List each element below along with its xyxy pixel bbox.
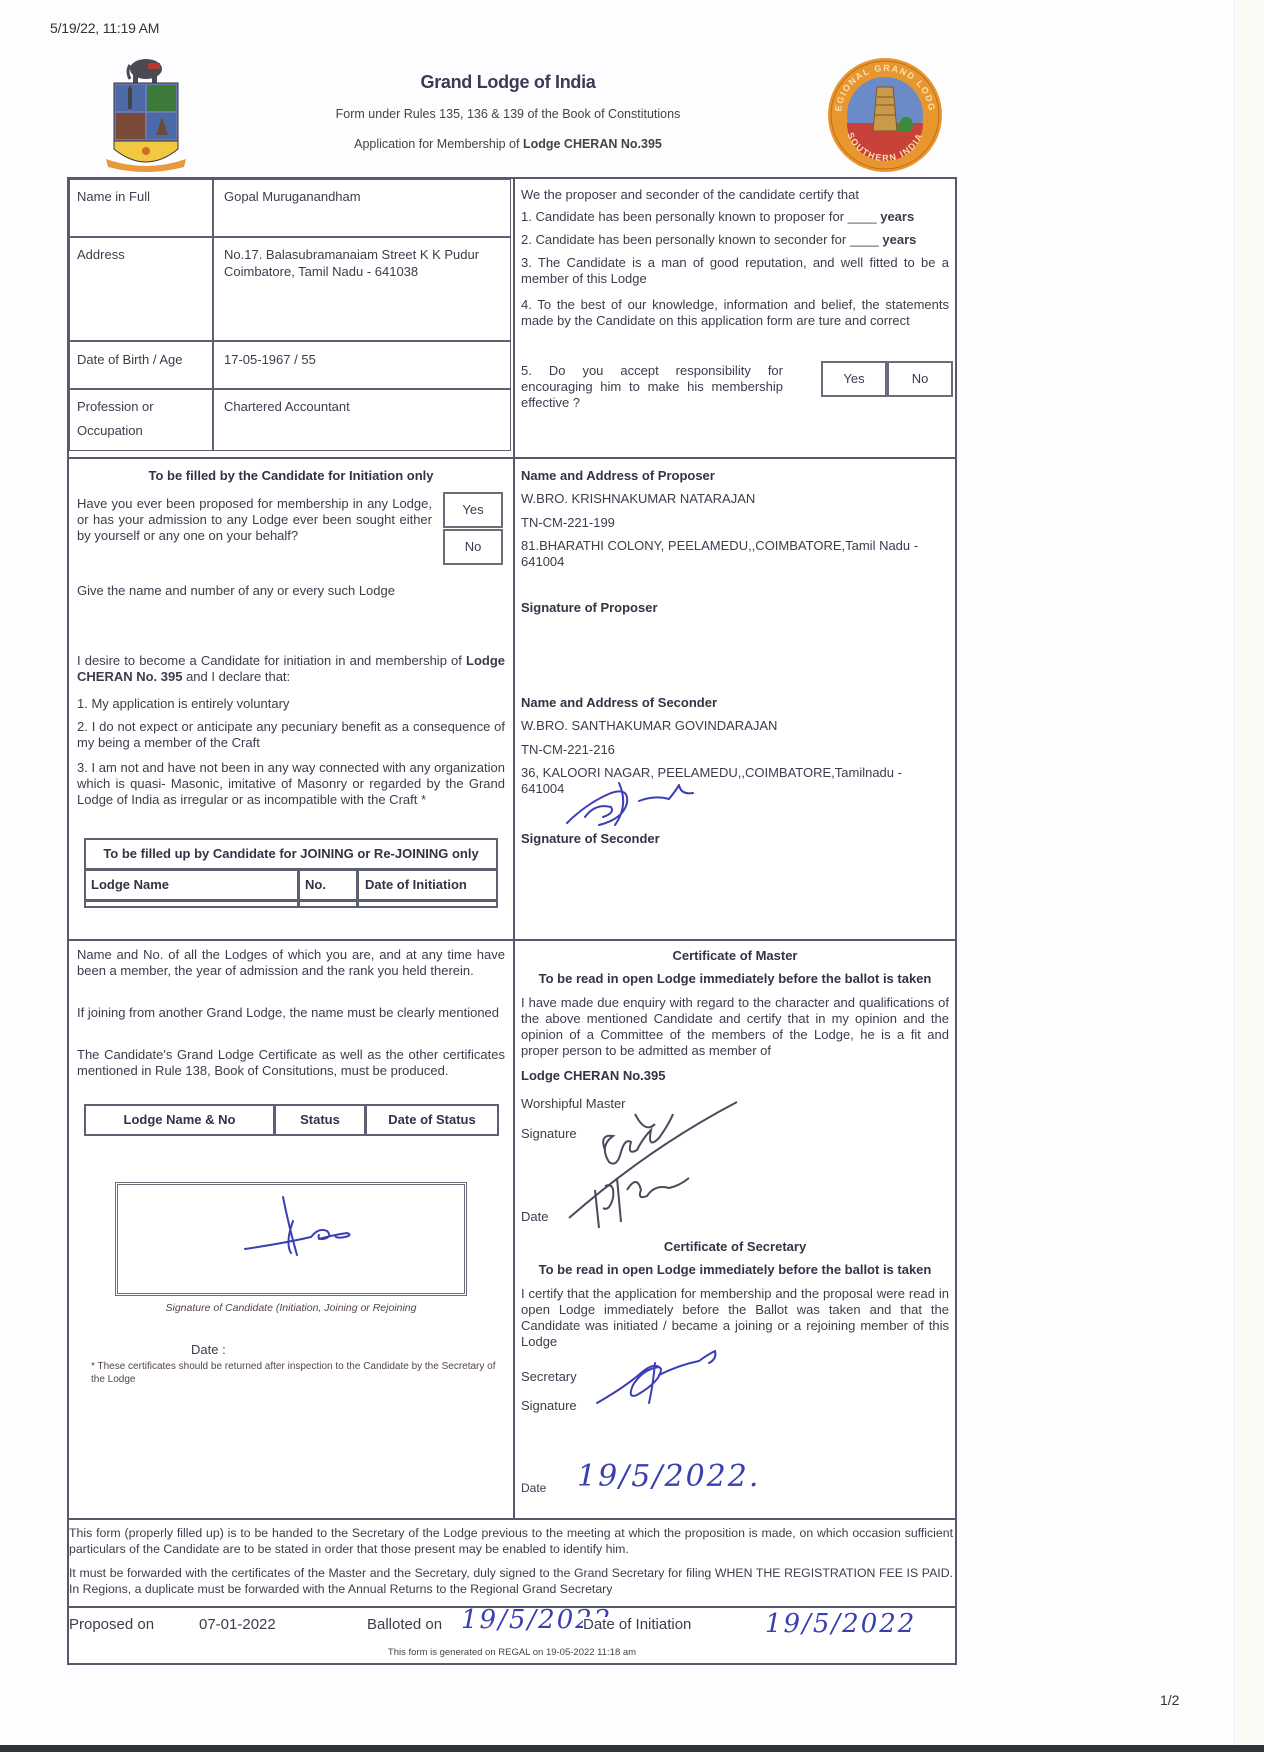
years-label: years	[882, 232, 916, 247]
address-value-line1: No.17. Balasubramanaiam Street K K Pudur	[224, 247, 479, 263]
declaration-intro: I desire to become a Candidate for initi…	[77, 653, 505, 685]
master-certificate-heading: Certificate of Master	[515, 948, 955, 964]
proposer-reg-no: TN-CM-221-199	[521, 515, 615, 531]
scan-bottom-edge	[0, 1745, 1264, 1752]
secretary-certificate-heading: Certificate of Secretary	[515, 1239, 955, 1255]
joining-table-heading: To be filled up by Candidate for JOINING…	[84, 846, 498, 862]
application-form: Name in Full Gopal Muruganandham Address…	[67, 177, 957, 1665]
application-prefix: Application for Membership of	[354, 137, 523, 151]
history-header-lodge: Lodge Name & No	[84, 1112, 275, 1128]
seconder-heading: Name and Address of Seconder	[521, 695, 717, 711]
proposer-years-blank[interactable]: ____	[848, 209, 877, 224]
lodges-history-para-3: The Candidate's Grand Lodge Certificate …	[77, 1047, 505, 1079]
address-label: Address	[77, 247, 125, 263]
print-timestamp: 5/19/22, 11:19 AM	[50, 20, 159, 36]
joining-row-empty[interactable]	[298, 900, 358, 908]
column-divider	[513, 179, 515, 1518]
proposed-on-value: 07-01-2022	[199, 1617, 276, 1633]
profession-value: Chartered Accountant	[224, 399, 350, 415]
responsibility-no-box[interactable]: No	[887, 361, 953, 397]
secretary-label: Secretary	[521, 1369, 577, 1385]
seconder-signature-label: Signature of Seconder	[521, 831, 660, 847]
candidate-date-label: Date :	[191, 1342, 226, 1358]
lodges-history-para-1: Name and No. of all the Lodges of which …	[77, 947, 505, 979]
history-header-date: Date of Status	[365, 1112, 499, 1128]
seconder-reg-no: TN-CM-221-216	[521, 742, 615, 758]
declaration-suffix: and I declare that:	[182, 669, 290, 684]
item2-text: 2. Candidate has been personally known t…	[521, 232, 846, 247]
declaration-2: 2. I do not expect or anticipate any pec…	[77, 719, 505, 751]
candidate-signature-caption: Signature of Candidate (Initiation, Join…	[69, 1302, 513, 1315]
secretary-signature-icon	[591, 1341, 741, 1411]
seconder-years-blank[interactable]: ____	[850, 232, 879, 247]
lodges-history-para-2: If joining from another Grand Lodge, the…	[77, 1005, 505, 1021]
notes-para-1: This form (properly filled up) is to be …	[69, 1525, 953, 1557]
joining-header-lodge-name: Lodge Name	[91, 877, 169, 893]
certification-item-5: 5. Do you accept responsibility for enco…	[521, 363, 783, 411]
master-date-label: Date	[521, 1209, 548, 1225]
initiation-heading: To be filled by the Candidate for Initia…	[69, 468, 513, 484]
date-of-initiation-handwritten: 19/5/2022	[765, 1609, 916, 1639]
initiation-question: Have you ever been proposed for membersh…	[77, 496, 432, 544]
give-lodge-name-prompt: Give the name and number of any or every…	[77, 583, 395, 599]
name-value-cell	[213, 179, 511, 237]
joining-header-date: Date of Initiation	[365, 877, 467, 893]
secretary-date-label: Date	[521, 1480, 546, 1496]
master-certificate-subheading: To be read in open Lodge immediately bef…	[515, 971, 955, 987]
certification-item-2: 2. Candidate has been personally known t…	[521, 232, 951, 248]
secretary-certificate-subheading: To be read in open Lodge immediately bef…	[515, 1262, 955, 1278]
declaration-3: 3. I am not and have not been in any way…	[77, 760, 505, 808]
joining-row-empty[interactable]	[84, 900, 299, 908]
profession-label-line1: Profession or	[77, 399, 154, 415]
proposed-before-no-box[interactable]: No	[443, 529, 503, 565]
proposed-before-yes-box[interactable]: Yes	[443, 492, 503, 528]
regional-grand-lodge-seal-icon: REGIONAL GRAND LODGE SOUTHERN INDIA	[825, 55, 945, 175]
item1-text: 1. Candidate has been personally known t…	[521, 209, 844, 224]
proposer-name: W.BRO. KRISHNAKUMAR NATARAJAN	[521, 491, 755, 507]
secretary-signature-label: Signature	[521, 1398, 577, 1414]
name-value: Gopal Muruganandham	[224, 189, 361, 205]
certificates-footnote: * These certificates should be returned …	[91, 1360, 501, 1386]
declaration-1: 1. My application is entirely voluntary	[77, 696, 289, 712]
document-title: Grand Lodge of India	[60, 72, 956, 93]
lodge-name: Lodge CHERAN	[523, 137, 617, 151]
candidate-signature-icon	[239, 1191, 359, 1261]
lodge-number: No.395	[617, 137, 661, 151]
dob-label: Date of Birth / Age	[77, 352, 183, 368]
scan-margin	[1234, 0, 1264, 1752]
page-number: 1/2	[1160, 1692, 1179, 1708]
proposer-signature-label: Signature of Proposer	[521, 600, 658, 616]
joining-row-empty[interactable]	[357, 900, 498, 908]
name-label-cell	[69, 179, 213, 237]
application-heading: Application for Membership of Lodge CHER…	[60, 137, 956, 151]
master-certificate-lodge: Lodge CHERAN No.395	[521, 1068, 665, 1084]
form-header: Grand Lodge of India Form under Rules 13…	[60, 55, 956, 175]
declaration-prefix: I desire to become a Candidate for initi…	[77, 653, 466, 668]
generated-note: This form is generated on REGAL on 19-05…	[69, 1645, 955, 1661]
certification-item-3: 3. The Candidate is a man of good reputa…	[521, 255, 949, 287]
seconder-signature-icon	[559, 775, 709, 830]
address-value-line2: Coimbatore, Tamil Nadu - 641038	[224, 264, 418, 280]
master-signature-icon	[565, 1094, 765, 1234]
secretary-date-handwritten: 19/5/2022.	[577, 1459, 760, 1494]
row-divider-2	[69, 939, 955, 941]
notes-para-2: It must be forwarded with the certificat…	[69, 1565, 953, 1597]
proposed-on-label: Proposed on	[69, 1617, 154, 1633]
certification-item-1: 1. Candidate has been personally known t…	[521, 209, 951, 225]
proposer-address: 81.BHARATHI COLONY, PEELAMEDU,,COIMBATOR…	[521, 538, 941, 570]
row-divider-3	[69, 1518, 955, 1520]
seconder-name: W.BRO. SANTHAKUMAR GOVINDARAJAN	[521, 718, 777, 734]
years-label: years	[880, 209, 914, 224]
dob-value: 17-05-1967 / 55	[224, 352, 316, 368]
balloted-on-label: Balloted on	[367, 1617, 442, 1633]
profession-label-line2: Occupation	[77, 423, 143, 439]
certification-intro: We the proposer and seconder of the cand…	[521, 187, 951, 203]
row-divider-1	[69, 457, 955, 459]
joining-header-no: No.	[305, 877, 326, 893]
proposer-heading: Name and Address of Proposer	[521, 468, 715, 484]
date-of-initiation-label: Date of Initiation	[583, 1617, 691, 1633]
responsibility-yes-box[interactable]: Yes	[821, 361, 887, 397]
document-subtitle: Form under Rules 135, 136 & 139 of the B…	[60, 107, 956, 121]
name-label: Name in Full	[77, 189, 150, 205]
certification-item-4: 4. To the best of our knowledge, informa…	[521, 297, 949, 329]
master-certificate-body: I have made due enquiry with regard to t…	[521, 995, 949, 1059]
history-header-status: Status	[274, 1112, 366, 1128]
